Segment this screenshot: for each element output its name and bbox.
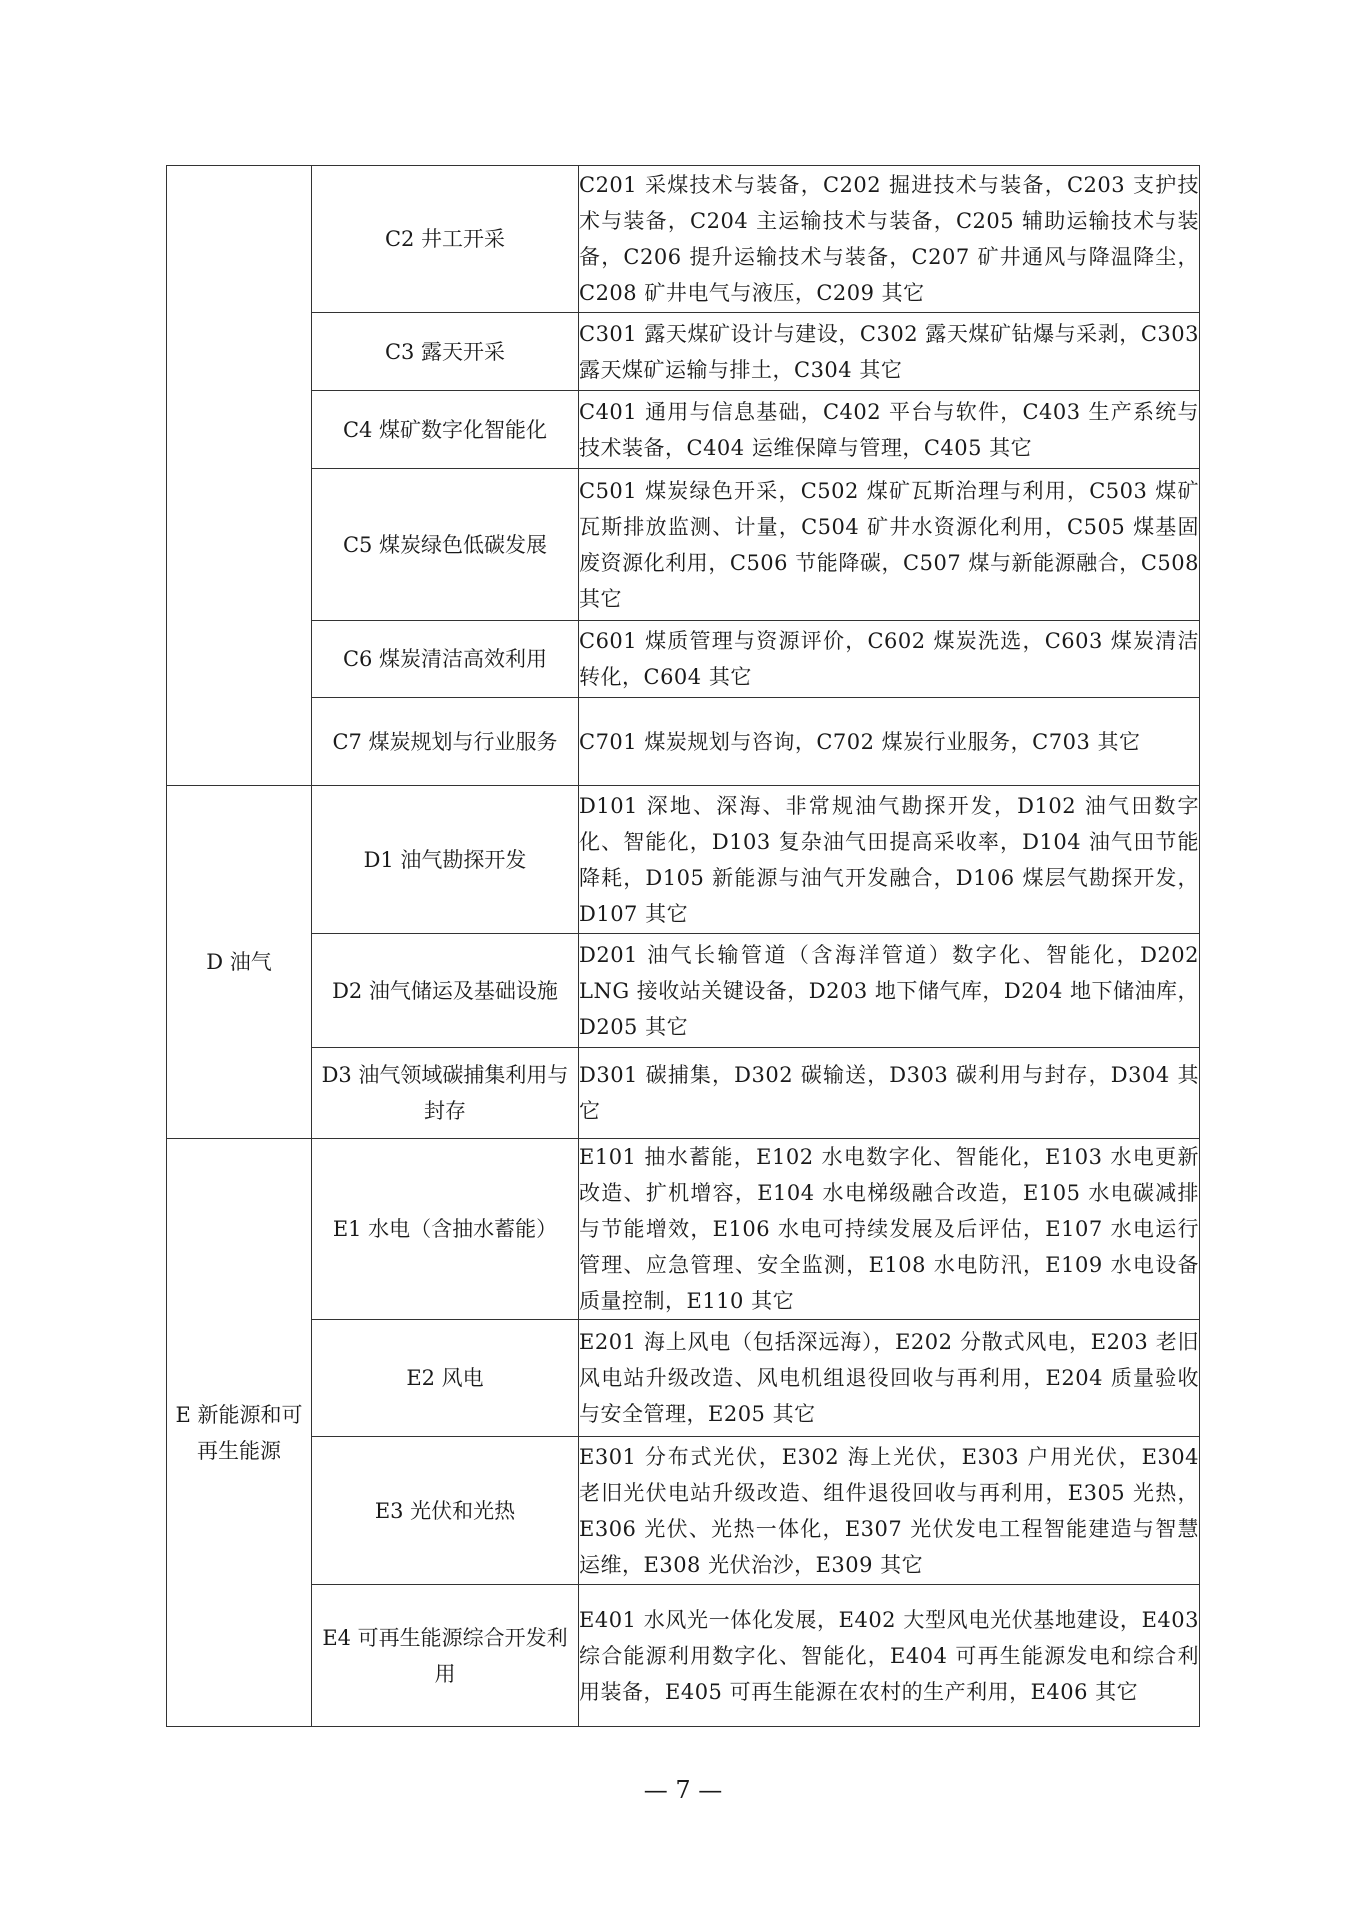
- items-cell: C501 煤炭绿色开采，C502 煤矿瓦斯治理与利用，C503 煤矿瓦斯排放监测…: [579, 469, 1200, 621]
- subcategory-cell: C4 煤矿数字化智能化: [312, 391, 579, 469]
- items-cell: E201 海上风电（包括深远海），E202 分散式风电，E203 老旧风电站升级…: [579, 1320, 1200, 1437]
- subcategory-cell: C5 煤炭绿色低碳发展: [312, 469, 579, 621]
- subcategory-cell: E4 可再生能源综合开发利用: [312, 1585, 579, 1727]
- items-cell: D201 油气长输管道（含海洋管道）数字化、智能化，D202 LNG 接收站关键…: [579, 934, 1200, 1048]
- table-row: C7 煤炭规划与行业服务 C701 煤炭规划与咨询，C702 煤炭行业服务，C7…: [167, 698, 1200, 786]
- table-row: E4 可再生能源综合开发利用 E401 水风光一体化发展，E402 大型风电光伏…: [167, 1585, 1200, 1727]
- items-cell: C301 露天煤矿设计与建设，C302 露天煤矿钻爆与采剥，C303 露天煤矿运…: [579, 313, 1200, 391]
- items-cell: C201 采煤技术与装备，C202 掘进技术与装备，C203 支护技术与装备，C…: [579, 166, 1200, 313]
- document-page: C2 井工开采 C201 采煤技术与装备，C202 掘进技术与装备，C203 支…: [0, 0, 1366, 1932]
- items-cell: C701 煤炭规划与咨询，C702 煤炭行业服务，C703 其它: [579, 698, 1200, 786]
- subcategory-cell: E2 风电: [312, 1320, 579, 1437]
- category-cell: D 油气: [167, 786, 312, 1139]
- subcategory-cell: D3 油气领域碳捕集利用与封存: [312, 1048, 579, 1139]
- table-row: C2 井工开采 C201 采煤技术与装备，C202 掘进技术与装备，C203 支…: [167, 166, 1200, 313]
- items-cell: E101 抽水蓄能，E102 水电数字化、智能化，E103 水电更新改造、扩机增…: [579, 1139, 1200, 1320]
- items-cell: C401 通用与信息基础，C402 平台与软件，C403 生产系统与技术装备，C…: [579, 391, 1200, 469]
- subcategory-cell: D2 油气储运及基础设施: [312, 934, 579, 1048]
- category-cell: [167, 166, 312, 786]
- table-row: D2 油气储运及基础设施 D201 油气长输管道（含海洋管道）数字化、智能化，D…: [167, 934, 1200, 1048]
- subcategory-cell: E1 水电（含抽水蓄能）: [312, 1139, 579, 1320]
- table-row: C5 煤炭绿色低碳发展 C501 煤炭绿色开采，C502 煤矿瓦斯治理与利用，C…: [167, 469, 1200, 621]
- items-cell: E401 水风光一体化发展，E402 大型风电光伏基地建设，E403 综合能源利…: [579, 1585, 1200, 1727]
- table-row: E 新能源和可再生能源 E1 水电（含抽水蓄能） E101 抽水蓄能，E102 …: [167, 1139, 1200, 1320]
- table-row: C4 煤矿数字化智能化 C401 通用与信息基础，C402 平台与软件，C403…: [167, 391, 1200, 469]
- subcategory-cell: E3 光伏和光热: [312, 1437, 579, 1585]
- items-cell: C601 煤质管理与资源评价，C602 煤炭洗选，C603 煤炭清洁转化，C60…: [579, 621, 1200, 698]
- category-cell: E 新能源和可再生能源: [167, 1139, 312, 1727]
- table-row: D 油气 D1 油气勘探开发 D101 深地、深海、非常规油气勘探开发，D102…: [167, 786, 1200, 934]
- table-row: D3 油气领域碳捕集利用与封存 D301 碳捕集，D302 碳输送，D303 碳…: [167, 1048, 1200, 1139]
- subcategory-cell: C7 煤炭规划与行业服务: [312, 698, 579, 786]
- table-row: C3 露天开采 C301 露天煤矿设计与建设，C302 露天煤矿钻爆与采剥，C3…: [167, 313, 1200, 391]
- table-row: C6 煤炭清洁高效利用 C601 煤质管理与资源评价，C602 煤炭洗选，C60…: [167, 621, 1200, 698]
- items-cell: D301 碳捕集，D302 碳输送，D303 碳利用与封存，D304 其它: [579, 1048, 1200, 1139]
- subcategory-cell: C2 井工开采: [312, 166, 579, 313]
- items-cell: E301 分布式光伏，E302 海上光伏，E303 户用光伏，E304 老旧光伏…: [579, 1437, 1200, 1585]
- subcategory-cell: C3 露天开采: [312, 313, 579, 391]
- table-row: E2 风电 E201 海上风电（包括深远海），E202 分散式风电，E203 老…: [167, 1320, 1200, 1437]
- items-cell: D101 深地、深海、非常规油气勘探开发，D102 油气田数字化、智能化，D10…: [579, 786, 1200, 934]
- page-number: — 7 —: [0, 1776, 1366, 1804]
- subcategory-cell: D1 油气勘探开发: [312, 786, 579, 934]
- subcategory-cell: C6 煤炭清洁高效利用: [312, 621, 579, 698]
- table-row: E3 光伏和光热 E301 分布式光伏，E302 海上光伏，E303 户用光伏，…: [167, 1437, 1200, 1585]
- category-table: C2 井工开采 C201 采煤技术与装备，C202 掘进技术与装备，C203 支…: [166, 165, 1200, 1727]
